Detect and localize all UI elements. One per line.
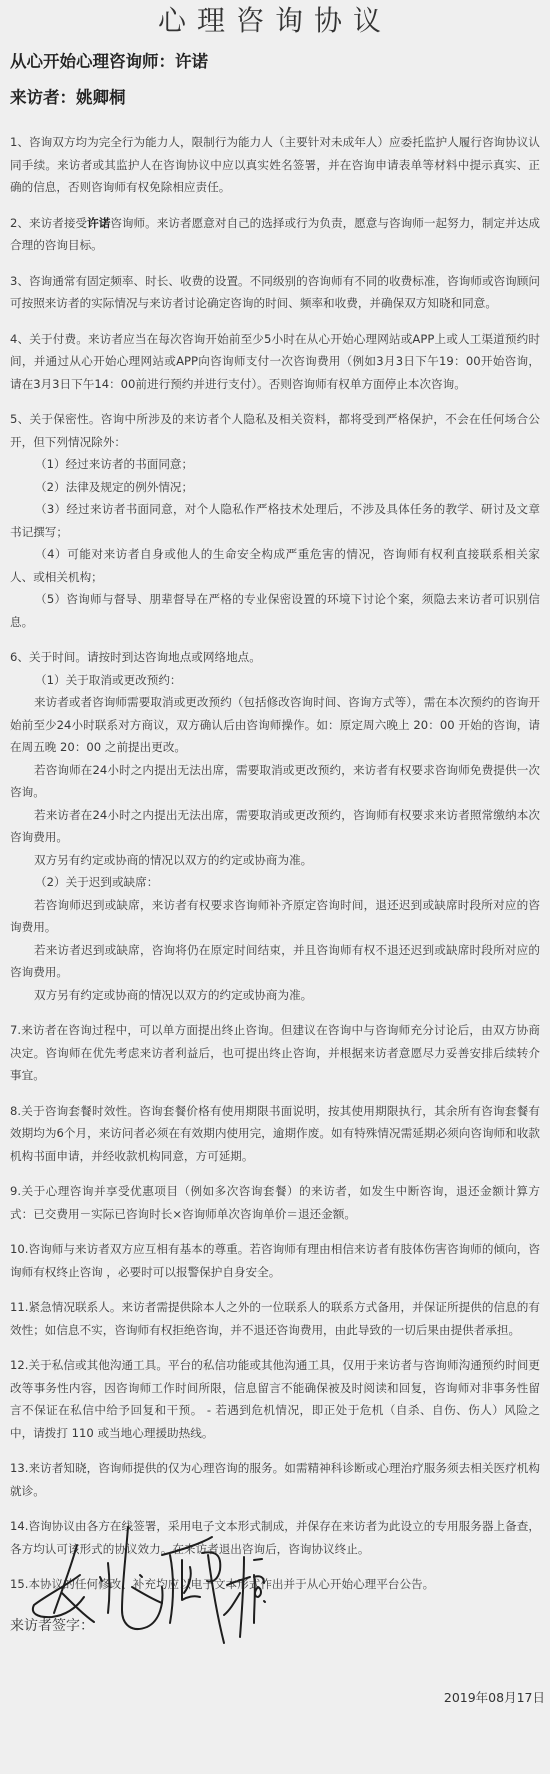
cancel-para-1: 来访者或者咨询师需要取消或更改预约（包括修改咨询时间、咨询方式等），需在本次预约… [10,691,540,759]
clause-13: 13.来访者知晓，咨询师提供的仅为心理咨询的服务。如需精神科诊断或心理治疗服务须… [10,1457,540,1502]
counselor-line: 从心开始心理咨询师：许诺 [10,52,540,82]
agreement-page: 心理咨询协议 从心开始心理咨询师：许诺 来访者：姚卿桐 1、咨询双方均为完全行为… [0,0,550,1774]
clause-2-prefix: 2、来访者接受 [10,216,87,230]
clause-text: 7.来访者在咨询过程中，可以单方面提出终止咨询。但建议在咨询中与咨询师充分讨论后… [10,1019,540,1087]
confidentiality-exception-2: （2）法律及规定的例外情况； [10,476,540,499]
clause-text: 2、来访者接受许诺咨询师。来访者愿意对自己的选择或行为负责，愿意与咨询师一起努力… [10,212,540,257]
handwritten-signature [22,1515,302,1665]
clause-5: 5、关于保密性。咨询中所涉及的来访者个人隐私及相关资料，都将受到严格保护，不会在… [10,408,540,633]
clause-8: 8.关于咨询套餐时效性。咨询套餐价格有使用期限书面说明，按其使用期限执行，其余所… [10,1100,540,1168]
clause-7: 7.来访者在咨询过程中，可以单方面提出终止咨询。但建议在咨询中与咨询师充分讨论后… [10,1019,540,1087]
clause-4: 4、关于付费。来访者应当在每次咨询开始前至少5小时在从心开始心理网站或APP上或… [10,328,540,396]
clause-text: 10.咨询师与来访者双方应互相有基本的尊重。若咨询师有理由相信来访者有肢体伤害咨… [10,1238,540,1283]
clause-11: 11.紧急情况联系人。来访者需提供除本人之外的一位联系人的联系方式备用，并保证所… [10,1296,540,1341]
subsection-title-cancel: （1）关于取消或更改预约： [10,669,540,692]
visitor-label: 来访者： [10,88,76,107]
clause-text: 3、咨询通常有固定频率、时长、收费的设置。不同级别的咨询师有不同的收费标准，咨询… [10,270,540,315]
cancel-para-4: 双方另有约定或协商的情况以双方的约定或协商为准。 [10,849,540,872]
confidentiality-exception-4: （4）可能对来访者自身或他人的生命安全构成严重危害的情况，咨询师有权利直接联系相… [10,543,540,588]
clause-text: 1、咨询双方均为完全行为能力人，限制行为能力人（主要针对未成年人）应委托监护人履… [10,131,540,199]
visitor-name: 姚卿桐 [76,88,126,107]
late-para-1: 若咨询师迟到或缺席，来访者有权要求咨询师补齐原定咨询时间，退还迟到或缺席时段所对… [10,894,540,939]
cancel-para-2: 若咨询师在24小时之内提出无法出席，需要取消或更改预约，来访者有权要求咨询师免费… [10,759,540,804]
clause-text: 12.关于私信或其他沟通工具。平台的私信功能或其他沟通工具，仅用于来访者与咨询师… [10,1354,540,1444]
late-para-3: 双方另有约定或协商的情况以双方的约定或协商为准。 [10,984,540,1007]
confidentiality-exception-5: （5）咨询师与督导、朋辈督导在严格的专业保密设置的环境下讨论个案，须隐去来访者可… [10,588,540,633]
clause-3: 3、咨询通常有固定频率、时长、收费的设置。不同级别的咨询师有不同的收费标准，咨询… [10,270,540,315]
clause-12: 12.关于私信或其他沟通工具。平台的私信功能或其他沟通工具，仅用于来访者与咨询师… [10,1354,540,1444]
clause-2: 2、来访者接受许诺咨询师。来访者愿意对自己的选择或行为负责，愿意与咨询师一起努力… [10,212,540,257]
subsection-title-late: （2）关于迟到或缺席： [10,871,540,894]
clause-9: 9.关于心理咨询并享受优惠项目（例如多次咨询套餐）的来访者，如发生中断咨询，退还… [10,1180,540,1225]
clause-2-counselor-name: 许诺 [87,216,110,230]
clause-10: 10.咨询师与来访者双方应互相有基本的尊重。若咨询师有理由相信来访者有肢体伤害咨… [10,1238,540,1283]
clause-text: 8.关于咨询套餐时效性。咨询套餐价格有使用期限书面说明，按其使用期限执行，其余所… [10,1100,540,1168]
clause-text: 13.来访者知晓，咨询师提供的仅为心理咨询的服务。如需精神科诊断或心理治疗服务须… [10,1457,540,1502]
confidentiality-exception-3: （3）经过来访者书面同意，对个人隐私作严格技术处理后，不涉及具体任务的教学、研讨… [10,498,540,543]
clause-intro: 5、关于保密性。咨询中所涉及的来访者个人隐私及相关资料，都将受到严格保护，不会在… [10,408,540,453]
cancel-para-3: 若来访者在24小时之内提出无法出席，需要取消或更改预约，咨询师有权要求来访者照常… [10,804,540,849]
signature-date: 2019年08月17日 [444,1688,545,1706]
clause-text: 4、关于付费。来访者应当在每次咨询开始前至少5小时在从心开始心理网站或APP上或… [10,328,540,396]
confidentiality-exception-1: （1）经过来访者的书面同意； [10,453,540,476]
clause-6: 6、关于时间。请按时到达咨询地点或网络地点。 （1）关于取消或更改预约： 来访者… [10,646,540,1006]
clause-text: 9.关于心理咨询并享受优惠项目（例如多次咨询套餐）的来访者，如发生中断咨询，退还… [10,1180,540,1225]
counselor-label: 从心开始心理咨询师： [10,52,175,71]
clause-text: 11.紧急情况联系人。来访者需提供除本人之外的一位联系人的联系方式备用，并保证所… [10,1296,540,1341]
document-title: 心理咨询协议 [10,0,540,44]
visitor-line: 来访者：姚卿桐 [10,82,540,118]
counselor-name: 许诺 [175,52,208,71]
clause-1: 1、咨询双方均为完全行为能力人，限制行为能力人（主要针对未成年人）应委托监护人履… [10,131,540,199]
clause-intro: 6、关于时间。请按时到达咨询地点或网络地点。 [10,646,540,669]
late-para-2: 若来访者迟到或缺席，咨询将仍在原定时间结束，并且咨询师有权不退还迟到或缺席时段所… [10,939,540,984]
